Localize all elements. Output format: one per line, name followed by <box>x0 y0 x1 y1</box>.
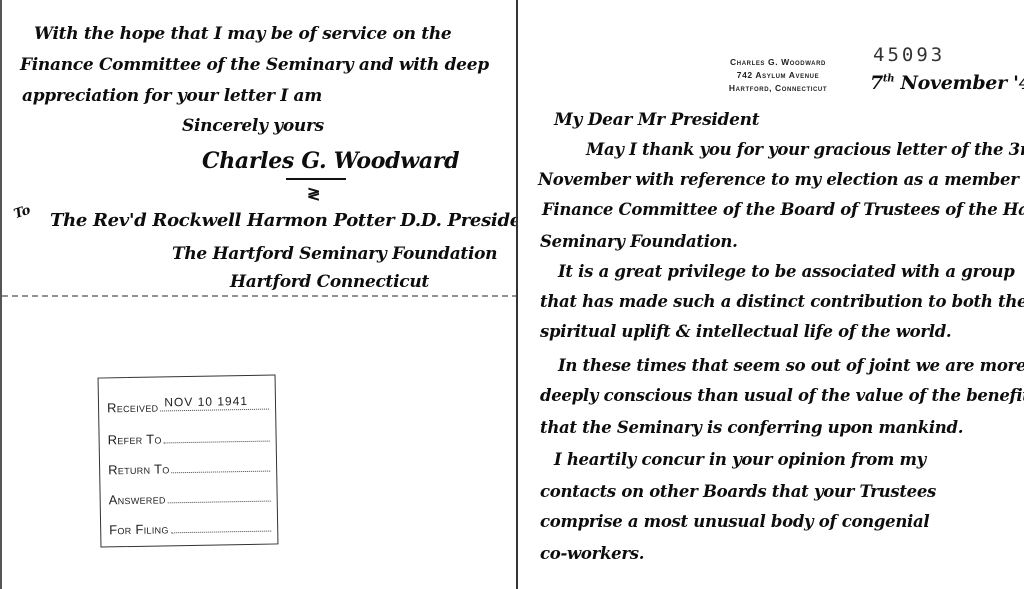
body-line: contacts on other Boards that your Trust… <box>540 482 936 501</box>
closing-line: Finance Committee of the Seminary and wi… <box>20 55 489 75</box>
fold-line <box>2 295 518 297</box>
body-line: November with reference to my election a… <box>538 170 1024 189</box>
body-line: that has made such a distinct contributi… <box>540 292 1024 311</box>
letter-page-opening: Charles G. Woodward 742 Asylum Avenue Ha… <box>516 0 1024 589</box>
stamp-label: Answered <box>109 491 166 507</box>
signature-flourish-icon: ≷ <box>307 184 320 203</box>
letter-page-closing: With the hope that I may be of service o… <box>0 0 516 589</box>
stamp-label: Refer To <box>107 431 161 447</box>
body-line: May I thank you for your gracious letter… <box>586 140 1024 159</box>
salutation: My Dear Mr President <box>554 110 759 130</box>
closing-line: appreciation for your letter I am <box>22 86 322 106</box>
stamp-field <box>171 458 270 474</box>
date-suffix: th <box>883 74 894 85</box>
stamp-label: For Filing <box>109 521 169 537</box>
letterhead-name: Charles G. Woodward <box>708 56 848 69</box>
stamp-row-received: Received NOV 10 1941 <box>107 396 269 416</box>
stamp-row-for-filing: For Filing <box>109 518 271 538</box>
stamp-field <box>171 518 272 534</box>
stamp-field: NOV 10 1941 <box>160 396 269 412</box>
body-line: comprise a most unusual body of congenia… <box>540 512 929 531</box>
body-line: It is a great privilege to be associated… <box>558 262 1014 281</box>
document-number: 45093 <box>873 44 945 66</box>
body-line: co-workers. <box>540 544 644 563</box>
body-line: Seminary Foundation. <box>540 232 738 251</box>
stamp-value: NOV 10 1941 <box>164 394 248 409</box>
closing-line: With the hope that I may be of service o… <box>34 24 451 44</box>
stamp-field <box>164 428 270 444</box>
addressee-prefix: To <box>12 203 32 222</box>
signature-underline <box>286 178 346 180</box>
body-line: that the Seminary is conferring upon man… <box>540 418 963 437</box>
letter-date: 7th November '41 <box>870 72 1024 94</box>
letterhead: Charles G. Woodward 742 Asylum Avenue Ha… <box>708 56 848 95</box>
stamp-label: Received <box>107 400 159 416</box>
letterhead-city: Hartford, Connecticut <box>708 82 848 95</box>
received-stamp: Received NOV 10 1941 Refer To Return To … <box>98 374 279 547</box>
addressee-line: The Hartford Seminary Foundation <box>172 244 497 264</box>
date-day: 7 <box>870 72 883 94</box>
date-rest: November '41 <box>901 72 1024 94</box>
body-line: I heartily concur in your opinion from m… <box>554 450 926 469</box>
letterhead-street: 742 Asylum Avenue <box>708 69 848 82</box>
stamp-row-return-to: Return To <box>108 458 270 478</box>
sign-off: Sincerely yours <box>182 116 324 136</box>
addressee-line: Hartford Connecticut <box>230 272 429 292</box>
addressee-line: The Rev'd Rockwell Harmon Potter D.D. Pr… <box>50 210 542 231</box>
stamp-row-answered: Answered <box>109 488 271 508</box>
stamp-row-refer-to: Refer To <box>107 428 269 448</box>
stamp-field <box>168 488 271 504</box>
signature: Charles G. Woodward <box>202 148 459 174</box>
body-line: In these times that seem so out of joint… <box>558 356 1024 375</box>
body-line: deeply conscious than usual of the value… <box>540 386 1024 405</box>
stamp-label: Return To <box>108 461 170 477</box>
body-line: spiritual uplift & intellectual life of … <box>540 322 951 341</box>
body-line: Finance Committee of the Board of Truste… <box>542 200 1024 219</box>
